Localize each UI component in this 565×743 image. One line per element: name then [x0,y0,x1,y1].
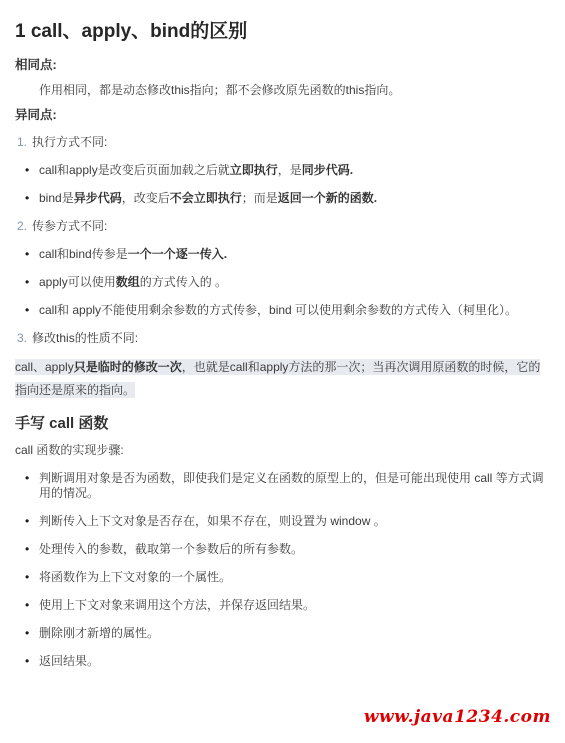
text-run: 判断传入上下文对象是否存在，如果不存在，则设置为 window 。 [39,514,386,528]
bullet-item: •使用上下文对象来调用这个方法，并保存返回结果。 [15,595,552,616]
bullet-icon: • [25,654,39,669]
text-run-bold: 只是临时的修改一次 [74,360,182,374]
bullet-item: •call和apply是改变后页面加载之后就立即执行，是同步代码. [15,160,552,181]
bullet-text: 返回结果。 [39,654,552,669]
text-run: 执行方式不同: [32,135,107,149]
text-run: call和apply是改变后页面加载之后就 [39,163,230,177]
bullet-icon: • [25,275,39,290]
item-number: 3. [17,331,27,345]
highlight-text: call、apply只是临时的修改一次，也就是call和apply方法的那一次；… [15,359,540,398]
bullet-icon: • [25,163,39,178]
bullet-item: •将函数作为上下文对象的一个属性。 [15,567,552,588]
bullet-icon: • [25,514,39,529]
section-label: 异同点: [15,107,552,123]
text-run-bold: 不会立即执行 [170,191,242,205]
bullet-icon: • [25,247,39,262]
text-run-bold: 数组 [116,275,140,289]
indented-paragraph: 作用相同，都是动态修改this指向；都不会修改原先函数的this指向。 [15,82,552,98]
document-page: 1 call、apply、bind的区别 相同点:作用相同，都是动态修改this… [0,0,565,672]
text-run: call和bind传参是 [39,247,128,261]
bullet-icon: • [25,542,39,557]
bullet-item: •call和bind传参是一个一个逐一传入. [15,244,552,265]
text-run-bold: 相同点: [15,58,57,72]
text-run-bold: 异步代码 [74,191,122,205]
text-run-bold: 手写 call 函数 [15,415,108,432]
bullet-item: •删除刚才新增的属性。 [15,623,552,644]
bullet-item: •call和 apply不能使用剩余参数的方式传参，bind 可以使用剩余参数的… [15,300,552,321]
bullet-text: call和apply是改变后页面加载之后就立即执行，是同步代码. [39,163,552,178]
numbered-item: 1.执行方式不同: [15,132,552,153]
text-run: 返回结果。 [39,654,99,668]
highlighted-paragraph: call、apply只是临时的修改一次，也就是call和apply方法的那一次；… [15,356,552,402]
paragraph: call 函数的实现步骤: [15,442,552,458]
bullet-text: call和bind传参是一个一个逐一传入. [39,247,552,262]
text-run: 的方式传入的 。 [140,275,227,289]
bullet-text: call和 apply不能使用剩余参数的方式传参，bind 可以使用剩余参数的方… [39,303,552,318]
text-run: 使用上下文对象来调用这个方法，并保存返回结果。 [39,598,315,612]
item-text: 修改this的性质不同: [32,331,138,345]
bullet-item: •bind是异步代码，改变后不会立即执行；而是返回一个新的函数. [15,188,552,209]
bullet-icon: • [25,570,39,585]
text-run: ；而是 [242,191,278,205]
bullet-item: •apply可以使用数组的方式传入的 。 [15,272,552,293]
text-run: 修改this的性质不同: [32,331,138,345]
bullet-item: •判断传入上下文对象是否存在，如果不存在，则设置为 window 。 [15,511,552,532]
numbered-item: 2.传参方式不同: [15,216,552,237]
text-run-bold: 一个一个逐一传入. [128,247,227,261]
bullet-icon: • [25,303,39,318]
bullet-text: 判断传入上下文对象是否存在，如果不存在，则设置为 window 。 [39,514,552,529]
item-text: 传参方式不同: [32,219,107,233]
bullet-text: 使用上下文对象来调用这个方法，并保存返回结果。 [39,598,552,613]
bullet-icon: • [25,598,39,613]
bullet-text: 判断调用对象是否为函数，即使我们是定义在函数的原型上的，但是可能出现使用 cal… [39,471,552,501]
bullet-text: 删除刚才新增的属性。 [39,626,552,641]
item-text: 执行方式不同: [32,135,107,149]
bullet-text: 处理传入的参数，截取第一个参数后的所有参数。 [39,542,552,557]
text-run: call、apply [15,360,74,374]
bullet-icon: • [25,191,39,206]
text-run-bold: 同步代码. [302,163,353,177]
text-run-bold: 立即执行 [230,163,278,177]
document-blocks: 相同点:作用相同，都是动态修改this指向；都不会修改原先函数的this指向。异… [15,57,552,672]
bullet-text: bind是异步代码，改变后不会立即执行；而是返回一个新的函数. [39,191,552,206]
text-run: 作用相同，都是动态修改this指向；都不会修改原先函数的this指向。 [39,83,400,97]
bullet-icon: • [25,626,39,641]
text-run: 将函数作为上下文对象的一个属性。 [39,570,231,584]
bullet-icon: • [25,471,39,501]
item-number: 1. [17,135,27,149]
bullet-item: •返回结果。 [15,651,552,672]
bullet-text: 将函数作为上下文对象的一个属性。 [39,570,552,585]
text-run-bold: 异同点: [15,108,57,122]
text-run: call 函数的实现步骤: [15,443,124,457]
text-run: 传参方式不同: [32,219,107,233]
bullet-item: •处理传入的参数，截取第一个参数后的所有参数。 [15,539,552,560]
text-run: call和 apply不能使用剩余参数的方式传参，bind 可以使用剩余参数的方… [39,303,517,317]
text-run: ，改变后 [122,191,170,205]
text-run: 处理传入的参数，截取第一个参数后的所有参数。 [39,542,303,556]
bullet-item: •判断调用对象是否为函数，即使我们是定义在函数的原型上的，但是可能出现使用 ca… [15,468,552,504]
text-run-bold: 返回一个新的函数. [278,191,377,205]
watermark-text: www.java1234.com [364,707,551,727]
text-run: bind是 [39,191,74,205]
item-number: 2. [17,219,27,233]
subsection-heading: 手写 call 函数 [15,414,552,433]
section-label: 相同点: [15,57,552,73]
document-title: 1 call、apply、bind的区别 [15,20,552,44]
text-run: apply可以使用 [39,275,116,289]
text-run: 判断调用对象是否为函数，即使我们是定义在函数的原型上的，但是可能出现使用 cal… [39,471,544,500]
text-run: ，是 [278,163,302,177]
text-run: 删除刚才新增的属性。 [39,626,159,640]
bullet-text: apply可以使用数组的方式传入的 。 [39,275,552,290]
numbered-item: 3.修改this的性质不同: [15,328,552,349]
